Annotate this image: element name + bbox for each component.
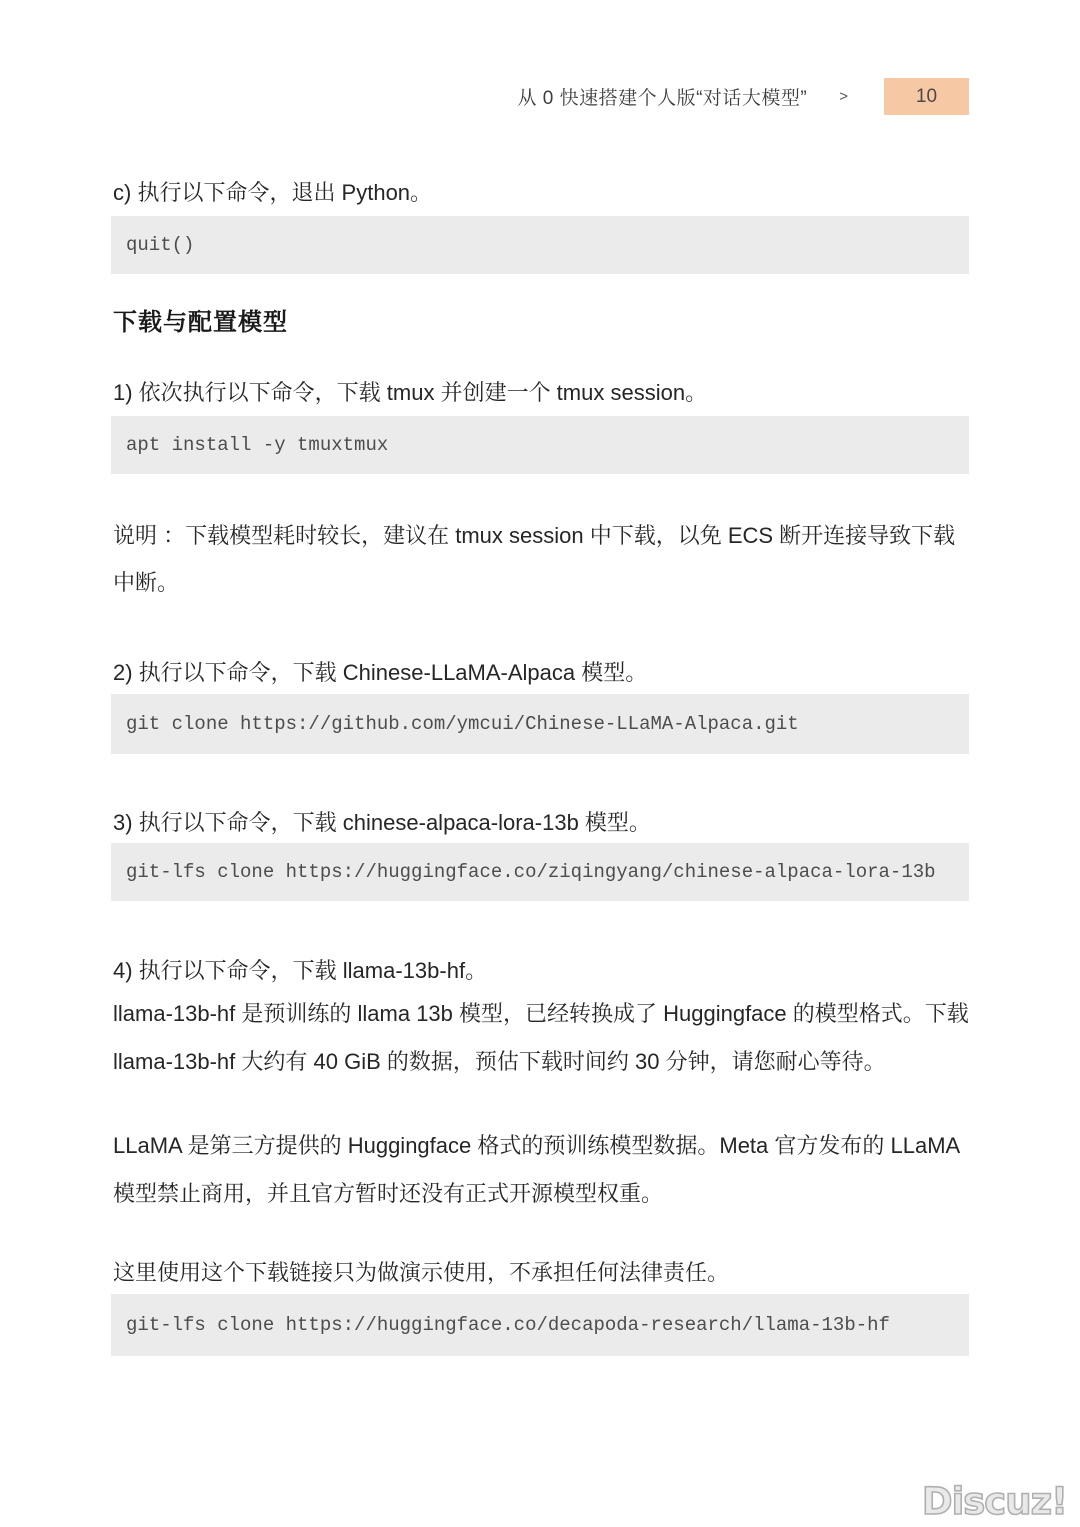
- discuz-watermark-logo: Discuz!: [922, 1480, 1067, 1523]
- step-3-label: 3) 执行以下命令，下载 chinese-alpaca-lora-13b 模型。: [113, 808, 969, 838]
- step-4-label: 4) 执行以下命令，下载 llama-13b-hf。: [113, 956, 969, 986]
- note-paragraph: 说明 ：下载模型耗时较长，建议在 tmux session 中下载，以免 ECS…: [113, 512, 969, 606]
- step-c-label: c) 执行以下命令，退出 Python。: [113, 178, 969, 208]
- step-4-paragraph-1: llama-13b-hf 是预训练的 llama 13b 模型，已经转换成了 H…: [113, 990, 969, 1086]
- page-number-badge: 10: [884, 78, 969, 115]
- section-heading: 下载与配置模型: [113, 302, 288, 337]
- step-1-label: 1) 依次执行以下命令，下载 tmux 并创建一个 tmux session。: [113, 378, 969, 408]
- step-2-label: 2) 执行以下命令，下载 Chinese-LLaMA-Alpaca 模型。: [113, 658, 969, 688]
- step-4-paragraph-2: LLaMA 是第三方提供的 Huggingface 格式的预训练模型数据。Met…: [113, 1122, 969, 1218]
- document-title: 从 0 快速搭建个人版“对话大模型”: [517, 83, 807, 110]
- code-block-git-lfs-llama: git-lfs clone https://huggingface.co/dec…: [111, 1294, 969, 1356]
- document-page: 从 0 快速搭建个人版“对话大模型” > 10 c) 执行以下命令，退出 Pyt…: [0, 0, 1080, 1527]
- page-header: 从 0 快速搭建个人版“对话大模型” > 10: [113, 78, 969, 115]
- step-4-paragraph-3: 这里使用这个下载链接只为做演示使用，不承担任何法律责任。: [113, 1258, 969, 1288]
- chevron-right-icon: >: [839, 88, 848, 105]
- code-block-git-lfs-lora: git-lfs clone https://huggingface.co/ziq…: [111, 843, 969, 901]
- code-block-tmux: apt install -y tmuxtmux: [111, 416, 969, 474]
- code-block-quit: quit(): [111, 216, 969, 274]
- code-block-git-clone-alpaca: git clone https://github.com/ymcui/Chine…: [111, 694, 969, 754]
